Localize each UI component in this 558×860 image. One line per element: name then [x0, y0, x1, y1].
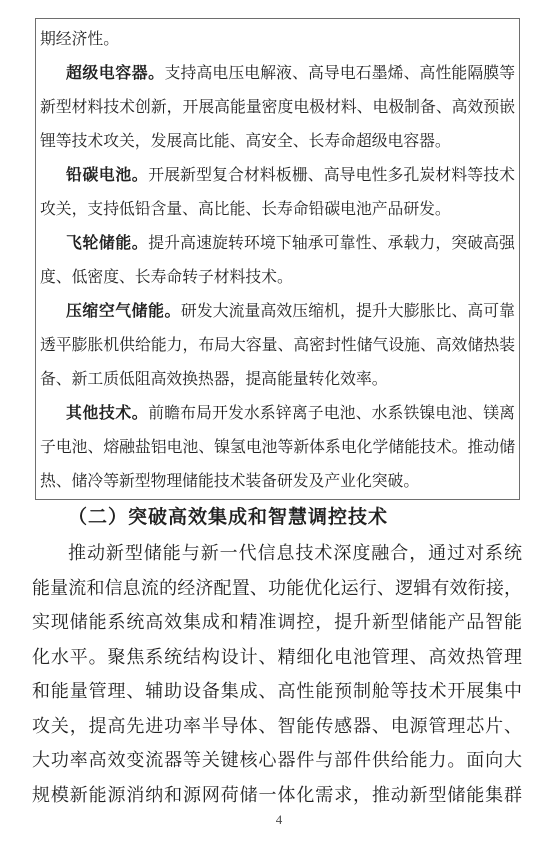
- section-2-integration-control: （二）突破高效集成和智慧调控技术 推动新型储能与新一代信息技术深度融合，通过对系…: [32, 500, 522, 812]
- box-text-line: 子电池、熔融盐铝电池、镍氢电池等新体系电化学储能技术。推动储: [40, 431, 515, 465]
- box-text-line: 铅碳电池。开展新型复合材料板栅、高导电性多孔炭材料等技术: [40, 159, 515, 193]
- body-text-line: 大功率高效变流器等关键核心器件与部件供给能力。面向大: [32, 743, 522, 778]
- box-line-text: 研发大流量高效压缩机，提升大膨胀比、高可靠: [181, 303, 515, 320]
- box-text-line: 新型材料技术创新，开展高能量密度电极材料、电极制备、高效预嵌: [40, 91, 515, 125]
- box-text-line: 备、新工质低阻高效换热器，提高能量转化效率。: [40, 363, 515, 397]
- box-line-text: 提升高速旋转环境下轴承可靠性、承载力，突破高强: [148, 235, 515, 252]
- body-text-line: 攻关，提高先进功率半导体、智能传感器、电源管理芯片、: [32, 709, 522, 744]
- body-text-line: 规模新能源消纳和源网荷储一体化需求，推动新型储能集群: [32, 778, 522, 813]
- box-text-line: 锂等技术攻关，发展高比能、高安全、长寿命超级电容器。: [40, 125, 515, 159]
- box-text-line: 压缩空气储能。研发大流量高效压缩机，提升大膨胀比、高可靠: [40, 295, 515, 329]
- body-text-line: 化水平。聚焦系统结构设计、精细化电池管理、高效热管理: [32, 640, 522, 675]
- box-text-line: 飞轮储能。提升高速旋转环境下轴承可靠性、承载力，突破高强: [40, 227, 515, 261]
- page-number: 4: [0, 812, 558, 828]
- box-text-line: 攻关，支持低铅含量、高比能、长寿命铅碳电池产品研发。: [40, 193, 515, 227]
- box-text-line: 其他技术。前瞻布局开发水系锌离子电池、水系铁镍电池、镁离: [40, 397, 515, 431]
- box-text-line: 热、储冷等新型物理储能技术装备研发及产业化突破。: [40, 465, 515, 499]
- tech-term-compressed-air-storage: 压缩空气储能。: [66, 303, 181, 320]
- body-text-line: 和能量管理、辅助设备集成、高性能预制舱等技术开展集中: [32, 674, 522, 709]
- body-text-line: 能量流和信息流的经济配置、功能优化运行、逻辑有效衔接，: [32, 571, 522, 606]
- box-text-line: 度、低密度、长寿命转子材料技术。: [40, 261, 515, 295]
- document-page: 期经济性。 超级电容器。支持高电压电解液、高导电石墨烯、高性能隔膜等 新型材料技…: [0, 0, 558, 860]
- box-line-text: 开展新型复合材料板栅、高导电性多孔炭材料等技术: [148, 167, 515, 184]
- tech-term-flywheel-storage: 飞轮储能。: [66, 235, 148, 252]
- body-text-line: 推动新型储能与新一代信息技术深度融合，通过对系统: [32, 536, 522, 571]
- tech-term-other-technologies: 其他技术。: [66, 405, 148, 422]
- body-text-line: 实现储能系统高效集成和精准调控，提升新型储能产品智能: [32, 605, 522, 640]
- box-text-line: 期经济性。: [40, 23, 515, 57]
- box-text-line: 透平膨胀机供给能力，布局大容量、高密封性储气设施、高效储热装: [40, 329, 515, 363]
- technology-column-box: 期经济性。 超级电容器。支持高电压电解液、高导电石墨烯、高性能隔膜等 新型材料技…: [35, 18, 520, 500]
- section-heading: （二）突破高效集成和智慧调控技术: [32, 500, 522, 536]
- box-line-text: 前瞻布局开发水系锌离子电池、水系铁镍电池、镁离: [148, 405, 515, 422]
- box-line-text: 支持高电压电解液、高导电石墨烯、高性能隔膜等: [165, 65, 515, 82]
- tech-term-supercapacitor: 超级电容器。: [66, 65, 165, 82]
- tech-term-lead-carbon-battery: 铅碳电池。: [66, 167, 148, 184]
- box-text-line: 超级电容器。支持高电压电解液、高导电石墨烯、高性能隔膜等: [40, 57, 515, 91]
